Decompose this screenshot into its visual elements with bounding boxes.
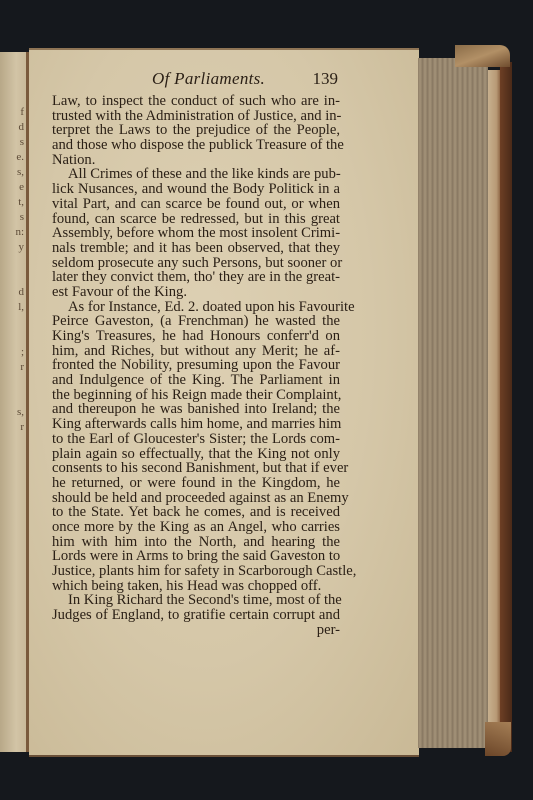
body-text: Law, to inspect the conduct of such who … — [52, 94, 340, 623]
text-line: and those who dispose the publick Treasu… — [52, 138, 340, 153]
text-line: vital Part, and can scarce be found out,… — [52, 197, 340, 212]
text-line: which being taken, his Head was chopped … — [52, 579, 340, 594]
text-line: plain again so effectually, that the Kin… — [52, 447, 340, 462]
text-line: he returned, or were found in the Kingdo… — [52, 476, 340, 491]
left-page-text-fragment: n: — [2, 224, 24, 240]
text-line: once more by the King as an Angel, who c… — [52, 520, 340, 535]
worn-corner-top — [455, 45, 510, 67]
text-line: Nation. — [52, 153, 340, 168]
left-page-text-fragment: s — [2, 134, 24, 150]
text-line: him, and Riches, but without any Merit; … — [52, 344, 340, 359]
left-page-text-fragment: s, — [2, 164, 24, 180]
left-page-text-fragment: s, — [2, 404, 24, 420]
text-line: later they convict them, tho' they are i… — [52, 270, 340, 285]
running-head: Of Parliaments. 139 — [52, 72, 340, 92]
text-line: King afterwards calls him home, and marr… — [52, 417, 340, 432]
text-line: Peirce Gaveston, (a Frenchman) he wasted… — [52, 314, 340, 329]
text-line: and thereupon he was banished into Irela… — [52, 402, 340, 417]
text-line: All Crimes of these and the like kinds a… — [52, 167, 340, 182]
text-line: Lords were in Arms to bring the said Gav… — [52, 549, 340, 564]
text-line: nals tremble; and it has been observed, … — [52, 241, 340, 256]
left-page-text-fragment: e — [2, 179, 24, 195]
text-line: found, can scarce be redressed, but in t… — [52, 212, 340, 227]
text-line: him with him into the North, and hearing… — [52, 535, 340, 550]
text-line: consents to his second Banishment, but t… — [52, 461, 340, 476]
left-page-text-fragment: r — [2, 359, 24, 375]
left-page-text-fragment: d — [2, 119, 24, 135]
left-page-text-fragment: t, — [2, 194, 24, 210]
left-facing-page: fdse.s,et,sn:ydl,;rs,r — [0, 52, 27, 752]
text-line: Justice, plants him for safety in Scarbo… — [52, 564, 340, 579]
book-photo-scene: fdse.s,et,sn:ydl,;rs,r Of Parliaments. 1… — [0, 0, 533, 800]
text-line: Law, to inspect the conduct of such who … — [52, 94, 340, 109]
text-line: est Favour of the King. — [52, 285, 340, 300]
text-line: should be held and proceeded against as … — [52, 491, 340, 506]
text-line: Judges of England, to gratifie certain c… — [52, 608, 340, 623]
text-line: to the State. Yet back he comes, and is … — [52, 505, 340, 520]
text-line: the beginning of his Reign made their Co… — [52, 388, 340, 403]
text-line: King's Treasures, he had Honours conferr… — [52, 329, 340, 344]
text-line: and Indulgence of the King. The Parliame… — [52, 373, 340, 388]
left-page-text-fragment: y — [2, 239, 24, 255]
left-page-text-fragment: s — [2, 209, 24, 225]
text-line: to the Earl of Gloucester's Sister; the … — [52, 432, 340, 447]
left-page-text-fragment: f — [2, 104, 24, 120]
text-line: As for Instance, Ed. 2. doated upon his … — [52, 300, 340, 315]
left-page-text-fragment: ; — [2, 344, 24, 360]
running-title: Of Parliaments. — [152, 72, 265, 87]
text-line: trusted with the Administration of Justi… — [52, 109, 340, 124]
text-line: lick Nusances, and wound the Body Politi… — [52, 182, 340, 197]
worn-corner-bottom — [485, 722, 511, 756]
text-line: terpret the Laws to the prejudice of the… — [52, 123, 340, 138]
left-page-text-fragment: e. — [2, 149, 24, 165]
text-line: In King Richard the Second's time, most … — [52, 593, 340, 608]
page-fore-edge — [418, 58, 488, 748]
left-page-text-fragment: l, — [2, 299, 24, 315]
page-number: 139 — [313, 72, 339, 87]
catchword: per- — [52, 623, 340, 638]
leather-cover — [500, 62, 512, 752]
page-text-block: Of Parliaments. 139 Law, to inspect the … — [52, 72, 340, 637]
left-page-text-fragment: r — [2, 419, 24, 435]
text-line: fronted the Nobility, presuming upon the… — [52, 358, 340, 373]
text-line: seldom prosecute any such Persons, but s… — [52, 256, 340, 271]
text-line: Assembly, before whom the most insolent … — [52, 226, 340, 241]
left-page-text-fragment: d — [2, 284, 24, 300]
